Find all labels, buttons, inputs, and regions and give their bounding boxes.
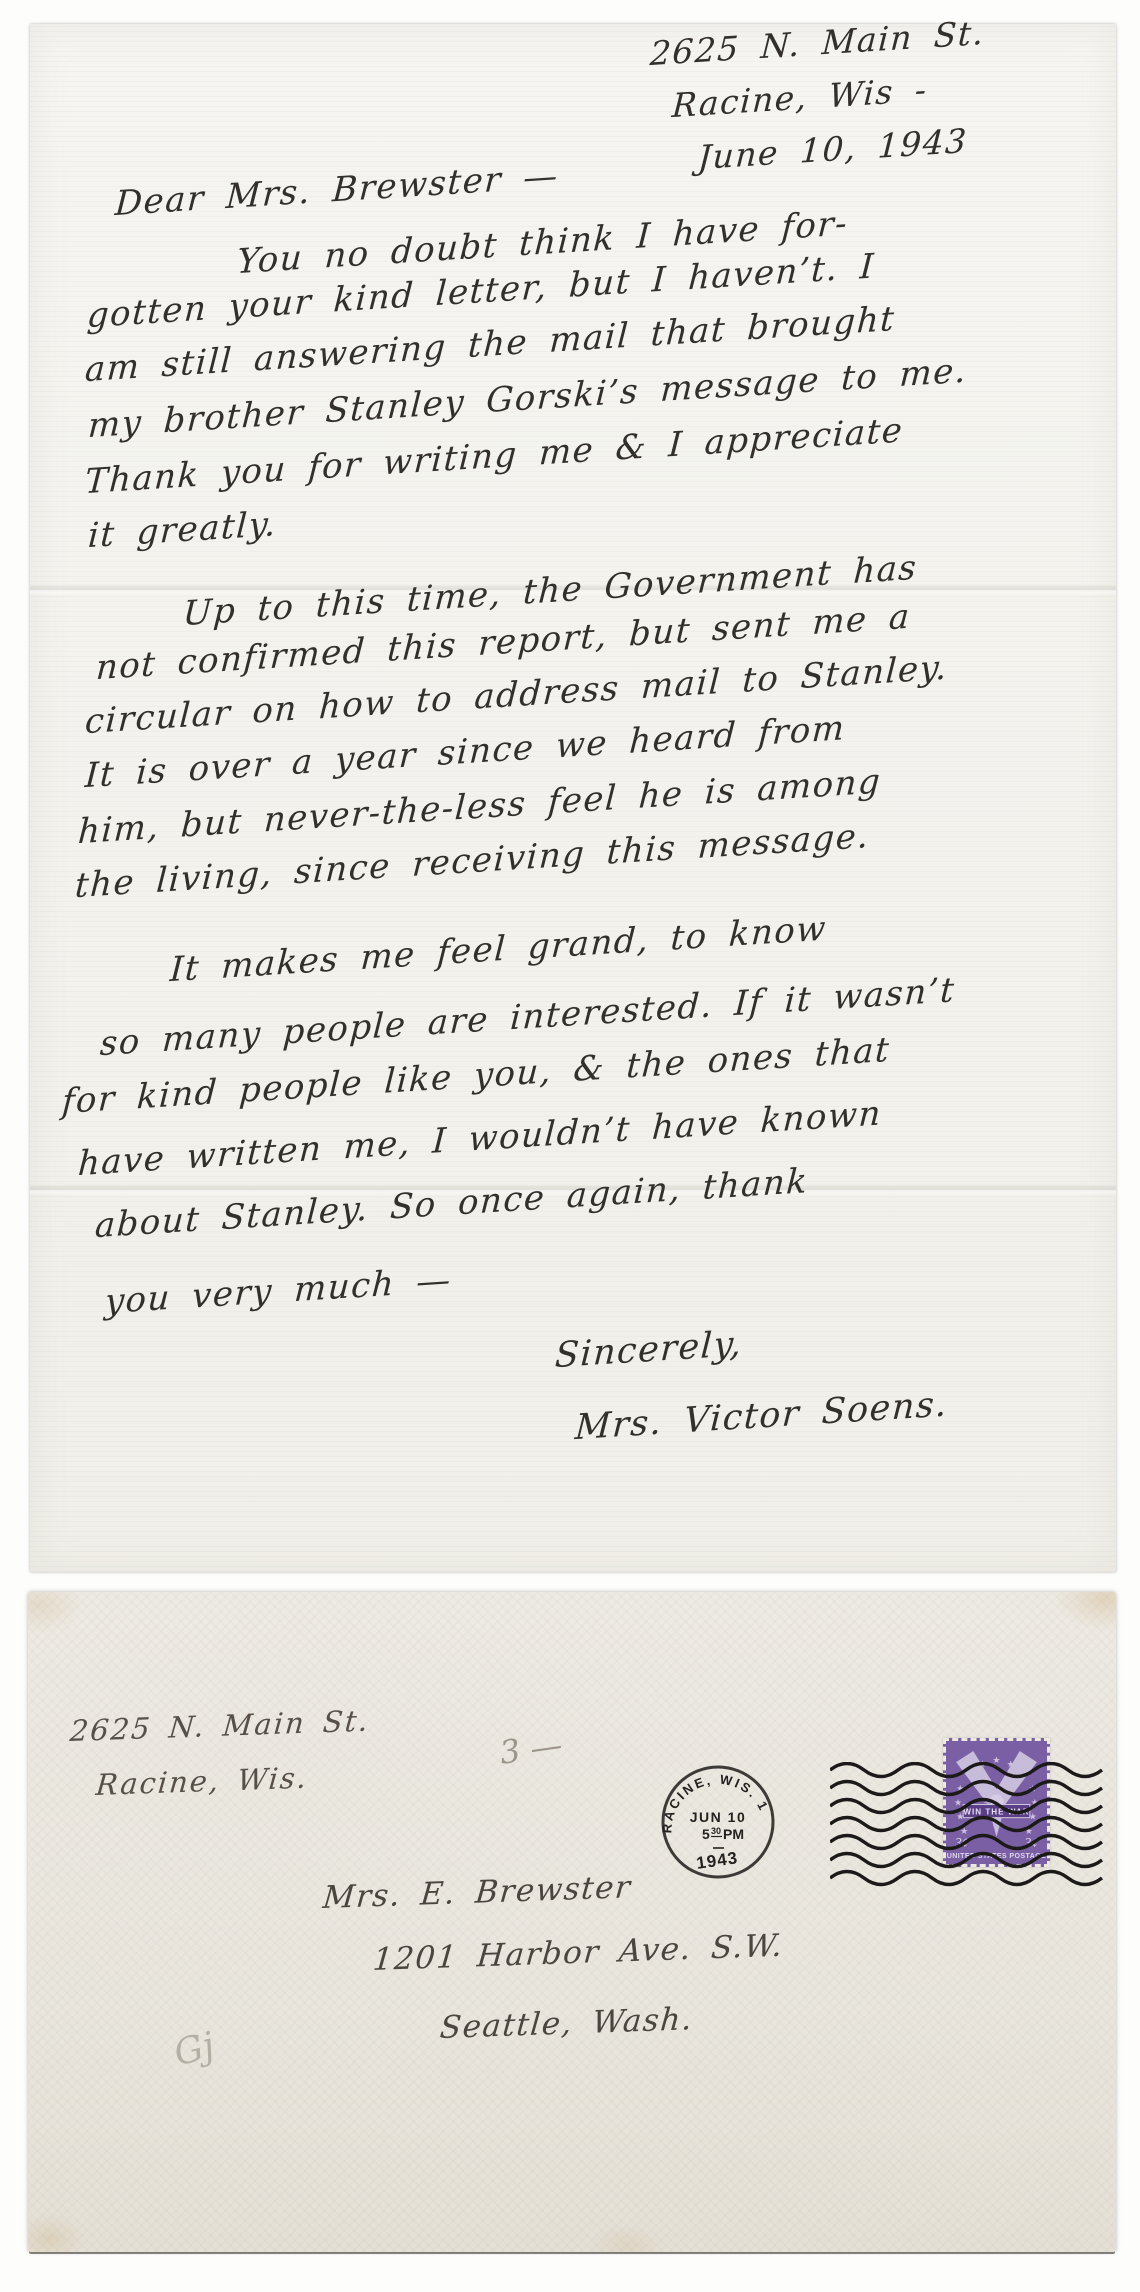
postmark: RACINE, WIS. 1 JUN 10 5 30 PM 1943 <box>656 1760 780 1884</box>
sender-address-line2: Racine, Wis - <box>671 70 929 125</box>
postmark-date: JUN 10 <box>690 1809 746 1825</box>
pencil-rate-mark: 3 — <box>497 1725 564 1771</box>
recipient-street: 1201 Harbor Ave. S.W. <box>371 1928 785 1978</box>
salutation: Dear Mrs. Brewster — <box>114 156 560 224</box>
postmark-year: 1943 <box>695 1848 739 1873</box>
envelope: 2625 N. Main St. Racine, Wis. 3 — RACINE… <box>28 1592 1116 2252</box>
postmark-hour: 5 <box>702 1826 710 1842</box>
cancellation-wavy-lines-icon <box>830 1762 1106 1888</box>
letter-line: you very much — <box>104 1260 453 1322</box>
postmark-minutes: 30 <box>711 1826 721 1836</box>
return-address-line2: Racine, Wis. <box>95 1761 310 1803</box>
postmark-icon: RACINE, WIS. 1 JUN 10 5 30 PM 1943 <box>656 1760 780 1884</box>
recipient-name: Mrs. E. Brewster <box>321 1869 633 1916</box>
sender-address-line1: 2625 N. Main St. <box>649 13 986 73</box>
letter-page: 2625 N. Main St. Racine, Wis - June 10, … <box>30 24 1116 1572</box>
pencil-initials: Gj <box>170 2025 219 2074</box>
closing: Sincerely, <box>554 1324 744 1376</box>
letter-line: it greatly. <box>87 504 278 556</box>
letter-date: June 10, 1943 <box>697 121 969 177</box>
letter-line: It makes me feel grand, to know <box>169 909 828 991</box>
scanned-document: 2625 N. Main St. Racine, Wis - June 10, … <box>0 0 1140 2292</box>
signature-name: Mrs. Victor Soens. <box>574 1384 949 1448</box>
return-address-line1: 2625 N. Main St. <box>69 1703 372 1748</box>
postmark-meridiem: PM <box>723 1826 744 1842</box>
recipient-city: Seattle, Wash. <box>438 2001 694 2046</box>
